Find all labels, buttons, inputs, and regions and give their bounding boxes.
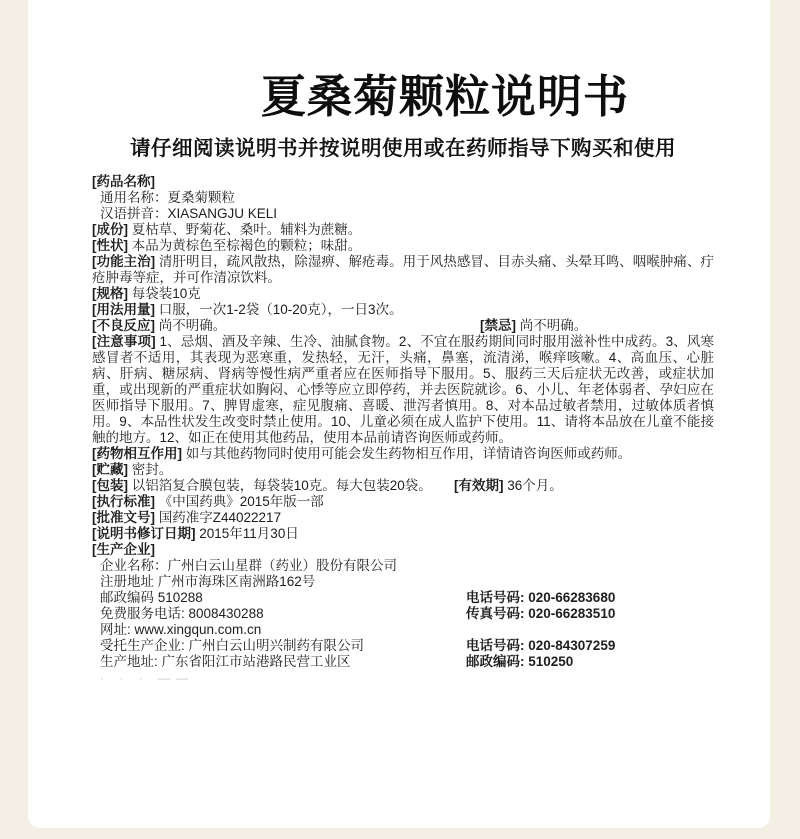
section-properties: [性状] 本品为黄棕色至棕褐色的颗粒；味甜。	[92, 238, 714, 254]
manufacturer-row: 邮政编码 510288 电话号码: 020-66283680	[92, 590, 714, 606]
section-dosage: [用法用量] 口服，一次1-2袋（10-20克），一日3次。	[92, 302, 714, 318]
dosage-label: [用法用量]	[92, 302, 155, 317]
pinyin-value: XIASANGJU KELI	[168, 206, 278, 221]
manufacturer-row: 网址: www.xingqun.com.cn	[92, 622, 714, 638]
properties-text: 本品为黄棕色至棕褐色的颗粒；味甜。	[132, 238, 362, 253]
section-standard: [执行标准] 《中国药典》2015年版一部	[92, 494, 714, 510]
specification-text: 每袋装10克	[132, 286, 201, 301]
storage-text: 密封。	[132, 462, 173, 477]
interactions-text: 如与其他药物同时使用可能会发生药物相互作用，详情请咨询医师或药师。	[186, 446, 632, 461]
generic-name-line: 通用名称：夏桑菊颗粒	[92, 190, 714, 206]
properties-label: [性状]	[92, 238, 128, 253]
generic-name-value: 夏桑菊颗粒	[168, 190, 236, 205]
faded-print-marks: · · · ——	[92, 670, 714, 686]
manufacturer-row: 生产地址: 广东省阳江市站港路民营工业区 邮政编码: 510250	[92, 654, 714, 670]
revision-date-label: [说明书修订日期]	[92, 526, 196, 541]
production-postal-code: 邮政编码: 510250	[466, 654, 573, 670]
ingredients-label: [成份]	[92, 222, 128, 237]
section-ingredients: [成份] 夏枯草、野菊花、桑叶。辅料为蔗糖。	[92, 222, 714, 238]
storage-label: [贮藏]	[92, 462, 128, 477]
contraindications-text: 尚不明确。	[520, 318, 588, 333]
section-storage: [贮藏] 密封。	[92, 462, 714, 478]
revision-date-text: 2015年11月30日	[199, 526, 299, 541]
precautions-text: 1、忌烟、酒及辛辣、生冷、油腻食物。2、不宜在服药期间同时服用滋补性中成药。3、…	[92, 334, 714, 445]
section-indications: [功能主治] 清肝明目，疏风散热，除湿痹、解疮毒。用于风热感冒、目赤头痛、头晕耳…	[92, 254, 714, 286]
dosage-text: 口服，一次1-2袋（10-20克），一日3次。	[159, 302, 403, 317]
leaflet-body: [药品名称] 通用名称：夏桑菊颗粒 汉语拼音：XIASANGJU KELI [成…	[92, 174, 714, 686]
section-revision-date: [说明书修订日期] 2015年11月30日	[92, 526, 714, 542]
company-name: 企业名称：广州白云山星群（药业）股份有限公司	[100, 558, 466, 574]
adverse-reactions: [不良反应] 尚不明确。	[92, 318, 480, 334]
indications-text: 清肝明目，疏风散热，除湿痹、解疮毒。用于风热感冒、目赤头痛、头晕耳鸣、咽喉肿痛、…	[92, 254, 714, 285]
pinyin-label: 汉语拼音：	[100, 206, 168, 221]
package-text: 以铝箔复合膜包装，每袋装10克。每大包装20袋。	[132, 478, 432, 493]
leaflet-document: 夏桑菊颗粒说明书 请仔细阅读说明书并按说明使用或在药师指导下购买和使用 [药品名…	[28, 0, 770, 828]
manufacturer-row: 注册地址 广州市海珠区南洲路162号	[92, 574, 714, 590]
pinyin-line: 汉语拼音：XIASANGJU KELI	[92, 206, 714, 222]
section-specification: [规格] 每袋装10克	[92, 286, 714, 302]
adverse-reactions-label: [不良反应]	[92, 318, 155, 333]
contraindications: [禁忌] 尚不明确。	[480, 318, 587, 334]
section-adverse-contra: [不良反应] 尚不明确。 [禁忌] 尚不明确。	[92, 318, 714, 334]
interactions-label: [药物相互作用]	[92, 446, 182, 461]
manufacturer-row: 受托生产企业: 广州白云山明兴制药有限公司 电话号码: 020-84307259	[92, 638, 714, 654]
leaflet-content: 夏桑菊颗粒说明书 请仔细阅读说明书并按说明使用或在药师指导下购买和使用 [药品名…	[92, 72, 714, 686]
section-manufacturer-label: [生产企业]	[92, 542, 714, 558]
drug-name-label: [药品名称]	[92, 174, 155, 189]
phone-number: 电话号码: 020-66283680	[466, 590, 615, 606]
approval-number-text: 国药准字Z44022217	[159, 510, 281, 525]
specification-label: [规格]	[92, 286, 128, 301]
postal-code: 邮政编码 510288	[100, 590, 466, 606]
adverse-reactions-text: 尚不明确。	[159, 318, 227, 333]
approval-number-label: [批准文号]	[92, 510, 155, 525]
contraindications-label: [禁忌]	[480, 318, 516, 333]
section-precautions: [注意事项] 1、忌烟、酒及辛辣、生冷、油腻食物。2、不宜在服药期间同时服用滋补…	[92, 334, 714, 446]
leaflet-title: 夏桑菊颗粒说明书	[134, 72, 756, 122]
section-package-validity: [包装] 以铝箔复合膜包装，每袋装10克。每大包装20袋。 [有效期] 36个月…	[92, 478, 714, 494]
generic-name-label: 通用名称：	[100, 190, 168, 205]
standard-text: 《中国药典》2015年版一部	[159, 494, 324, 509]
indications-label: [功能主治]	[92, 254, 155, 269]
ingredients-text: 夏枯草、野菊花、桑叶。辅料为蔗糖。	[132, 222, 362, 237]
section-drug-name-label: [药品名称]	[92, 174, 714, 190]
package-label: [包装]	[92, 478, 128, 493]
entrusted-manufacturer: 受托生产企业: 广州白云山明兴制药有限公司	[100, 638, 466, 654]
entrusted-phone-number: 电话号码: 020-84307259	[466, 638, 615, 654]
manufacturer-row: 免费服务电话: 8008430288 传真号码: 020-66283510	[92, 606, 714, 622]
fax-number: 传真号码: 020-66283510	[466, 606, 615, 622]
package: [包装] 以铝箔复合膜包装，每袋装10克。每大包装20袋。	[92, 478, 454, 494]
validity: [有效期] 36个月。	[454, 478, 563, 494]
validity-label: [有效期]	[454, 478, 504, 493]
standard-label: [执行标准]	[92, 494, 155, 509]
precautions-label: [注意事项]	[92, 334, 156, 349]
registered-address: 注册地址 广州市海珠区南洲路162号	[100, 574, 466, 590]
section-interactions: [药物相互作用] 如与其他药物同时使用可能会发生药物相互作用，详情请咨询医师或药…	[92, 446, 714, 462]
section-approval-number: [批准文号] 国药准字Z44022217	[92, 510, 714, 526]
free-service-phone: 免费服务电话: 8008430288	[100, 606, 466, 622]
production-address: 生产地址: 广东省阳江市站港路民营工业区	[100, 654, 466, 670]
leaflet-subtitle: 请仔细阅读说明书并按说明使用或在药师指导下购买和使用	[92, 131, 714, 161]
validity-text: 36个月。	[507, 478, 563, 493]
website: 网址: www.xingqun.com.cn	[100, 622, 466, 638]
manufacturer-label: [生产企业]	[92, 542, 155, 557]
manufacturer-row: 企业名称：广州白云山星群（药业）股份有限公司	[92, 558, 714, 574]
